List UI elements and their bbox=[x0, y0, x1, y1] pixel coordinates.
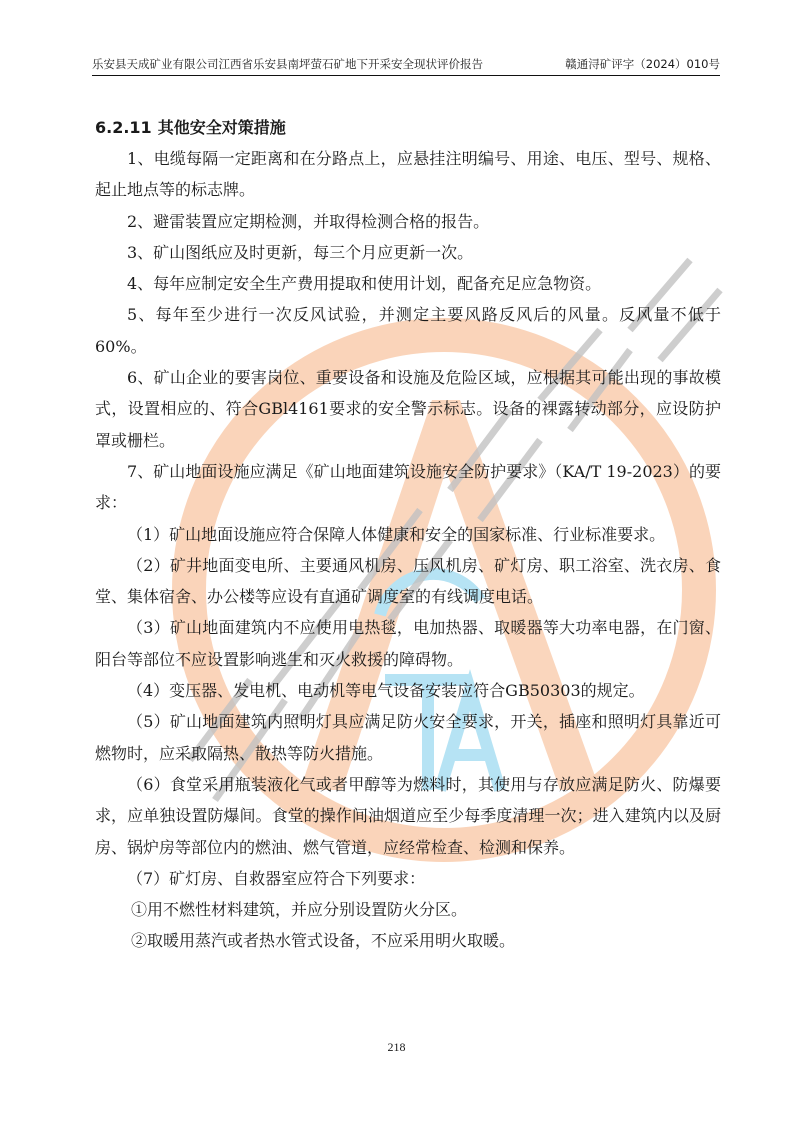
sub-paragraph-1: （1）矿山地面设施应符合保障人体健康和安全的国家标准、行业标准要求。 bbox=[95, 519, 721, 550]
paragraph-3: 3、矿山图纸应及时更新，每三个月应更新一次。 bbox=[95, 237, 721, 268]
paragraph-6: 6、矿山企业的要害岗位、重要设备和设施及危险区域，应根据其可能出现的事故模式，设… bbox=[95, 362, 721, 456]
page-header: 乐安县天成矿业有限公司江西省乐安县南坪萤石矿地下开采安全现状评价报告 赣通浔矿评… bbox=[92, 56, 720, 76]
document-body: 6.2.11其他安全对策措施 1、电缆每隔一定距离和在分路点上，应悬挂注明编号、… bbox=[95, 112, 721, 957]
circled-item-1: ①用不燃性材料建筑，并应分别设置防火分区。 bbox=[95, 894, 721, 925]
section-heading: 6.2.11其他安全对策措施 bbox=[95, 112, 721, 143]
sub-paragraph-4: （4）变压器、发电机、电动机等电气设备安装应符合GB50303的规定。 bbox=[95, 675, 721, 706]
paragraph-1: 1、电缆每隔一定距离和在分路点上，应悬挂注明编号、用途、电压、型号、规格、起止地… bbox=[95, 143, 721, 206]
page-number: 218 bbox=[0, 1040, 793, 1055]
sub-paragraph-3: （3）矿山地面建筑内不应使用电热毯，电加热器、取暖器等大功率电器，在门窗、阳台等… bbox=[95, 612, 721, 675]
circled-item-2: ②取暖用蒸汽或者热水管式设备，不应采用明火取暖。 bbox=[95, 925, 721, 956]
sub-paragraph-6: （6）食堂采用瓶装液化气或者甲醇等为燃料时，其使用与存放应满足防火、防爆要求，应… bbox=[95, 769, 721, 863]
paragraph-7: 7、矿山地面设施应满足《矿山地面建筑设施安全防护要求》（KA/T 19-2023… bbox=[95, 456, 721, 519]
paragraph-5: 5、每年至少进行一次反风试验，并测定主要风路反风后的风量。反风量不低于60%。 bbox=[95, 299, 721, 362]
paragraph-4: 4、每年应制定安全生产费用提取和使用计划，配备充足应急物资。 bbox=[95, 268, 721, 299]
section-number: 6.2.11 bbox=[95, 118, 152, 137]
section-title: 其他安全对策措施 bbox=[158, 118, 286, 137]
header-report-title: 乐安县天成矿业有限公司江西省乐安县南坪萤石矿地下开采安全现状评价报告 bbox=[92, 56, 483, 73]
paragraph-2: 2、避雷装置应定期检测，并取得检测合格的报告。 bbox=[95, 206, 721, 237]
header-document-number: 赣通浔矿评字（2024）010号 bbox=[565, 56, 720, 73]
sub-paragraph-5: （5）矿山地面建筑内照明灯具应满足防火安全要求，开关，插座和照明灯具靠近可燃物时… bbox=[95, 706, 721, 769]
sub-paragraph-7: （7）矿灯房、自救器室应符合下列要求： bbox=[95, 863, 721, 894]
sub-paragraph-2: （2）矿井地面变电所、主要通风机房、压风机房、矿灯房、职工浴室、洗衣房、食堂、集… bbox=[95, 550, 721, 613]
